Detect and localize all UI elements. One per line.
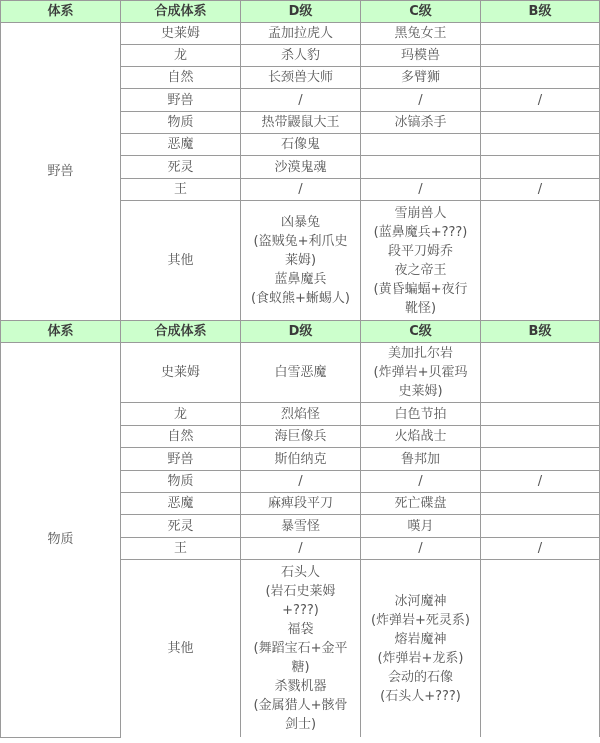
fusion-table: 体系合成体系D级C级B级野兽史莱姆孟加拉虎人黑兔女王龙杀人豹玛模兽自然长颈兽大师… xyxy=(0,0,600,738)
c-rank-cell: / xyxy=(361,471,481,493)
b-rank-cell xyxy=(481,156,600,179)
b-rank-cell xyxy=(481,23,600,45)
b-rank-cell xyxy=(481,448,600,471)
monster-name: 玛模兽 xyxy=(363,46,478,65)
monster-name: / xyxy=(243,472,358,491)
monster-name: / xyxy=(363,539,478,558)
d-rank-cell: / xyxy=(241,179,361,201)
b-rank-cell: / xyxy=(481,471,600,493)
c-rank-cell: 鲁邦加 xyxy=(361,448,481,471)
combo-cell: 恶魔 xyxy=(121,134,241,156)
combo-cell: 王 xyxy=(121,179,241,201)
monster-name: 麻痺段平刀 xyxy=(243,494,358,513)
table-row: 野兽史莱姆孟加拉虎人黑兔女王 xyxy=(1,23,600,45)
monster-name: 白色节拍 xyxy=(363,405,478,424)
c-rank-cell: 死亡碟盘 xyxy=(361,493,481,515)
monster-name: / xyxy=(363,472,478,491)
d-rank-cell: / xyxy=(241,538,361,560)
c-rank-cell: 冰镐杀手 xyxy=(361,112,481,134)
monster-name: 孟加拉虎人 xyxy=(243,24,358,43)
monster-name: 长颈兽大师 xyxy=(243,68,358,87)
combo-cell: 龙 xyxy=(121,45,241,67)
c-rank-cell: 玛模兽 xyxy=(361,45,481,67)
c-rank-cell: 白色节拍 xyxy=(361,403,481,426)
monster-name: / xyxy=(243,180,358,199)
header-row: 体系合成体系D级C级B级 xyxy=(1,321,600,343)
monster-name: 烈焰怪 xyxy=(243,405,358,424)
monster-name: / xyxy=(363,91,478,110)
monster-name: 白雪恶魔 xyxy=(243,363,358,382)
c-rank-cell: 多臂狮 xyxy=(361,67,481,89)
combo-cell: 野兽 xyxy=(121,448,241,471)
monster-name: 冰河魔神 xyxy=(363,592,478,611)
d-rank-cell: 暴雪怪 xyxy=(241,515,361,538)
b-rank-cell xyxy=(481,403,600,426)
header-combo: 合成体系 xyxy=(121,1,241,23)
c-rank-cell: 冰河魔神(炸弹岩+死灵系)熔岩魔神(炸弹岩+龙系)会动的石像(石头人+???) xyxy=(361,560,481,738)
combo-cell: 自然 xyxy=(121,426,241,448)
monster-name: / xyxy=(483,91,597,110)
header-system: 体系 xyxy=(1,321,121,343)
monster-name: 杀人豹 xyxy=(243,46,358,65)
monster-name: / xyxy=(243,91,358,110)
monster-name: 剑士) xyxy=(243,715,358,734)
monster-name: / xyxy=(483,539,597,558)
header-system: 体系 xyxy=(1,1,121,23)
monster-name: 冰镐杀手 xyxy=(363,113,478,132)
combo-cell: 史莱姆 xyxy=(121,23,241,45)
d-rank-cell: 长颈兽大师 xyxy=(241,67,361,89)
c-rank-cell: / xyxy=(361,538,481,560)
d-rank-cell: 杀人豹 xyxy=(241,45,361,67)
b-rank-cell xyxy=(481,134,600,156)
combo-cell: 其他 xyxy=(121,201,241,321)
monster-name: (炸弹岩+贝霍玛 xyxy=(363,363,478,382)
monster-name: 靴怪) xyxy=(363,299,478,318)
b-rank-cell xyxy=(481,112,600,134)
monster-name: (食蚁熊+蜥蜴人) xyxy=(243,289,358,308)
monster-name: 嘆月 xyxy=(363,517,478,536)
monster-name: 石像鬼 xyxy=(243,135,358,154)
c-rank-cell: 火焰战士 xyxy=(361,426,481,448)
monster-name: (盗贼兔+利爪史 xyxy=(243,232,358,251)
d-rank-cell: 凶暴兔(盗贼兔+利爪史莱姆)蓝鼻魔兵(食蚁熊+蜥蜴人) xyxy=(241,201,361,321)
c-rank-cell xyxy=(361,134,481,156)
monster-name: (炸弹岩+龙系) xyxy=(363,649,478,668)
c-rank-cell: 美加扎尔岩(炸弹岩+贝霍玛史莱姆) xyxy=(361,343,481,403)
monster-name: 杀戮机器 xyxy=(243,677,358,696)
d-rank-cell: 沙漠鬼魂 xyxy=(241,156,361,179)
monster-name: / xyxy=(483,472,597,491)
fusion-table-body: 体系合成体系D级C级B级野兽史莱姆孟加拉虎人黑兔女王龙杀人豹玛模兽自然长颈兽大师… xyxy=(1,1,600,738)
table-row: 物质史莱姆白雪恶魔美加扎尔岩(炸弹岩+贝霍玛史莱姆) xyxy=(1,343,600,403)
monster-name: (舞蹈宝石+金平 xyxy=(243,639,358,658)
combo-cell: 龙 xyxy=(121,403,241,426)
monster-name: 石头人 xyxy=(243,563,358,582)
monster-name: / xyxy=(363,180,478,199)
d-rank-cell: 麻痺段平刀 xyxy=(241,493,361,515)
monster-name: 福袋 xyxy=(243,620,358,639)
combo-cell: 死灵 xyxy=(121,156,241,179)
combo-cell: 王 xyxy=(121,538,241,560)
monster-name: / xyxy=(483,180,597,199)
monster-name: (岩石史莱姆 xyxy=(243,582,358,601)
b-rank-cell: / xyxy=(481,89,600,112)
d-rank-cell: 烈焰怪 xyxy=(241,403,361,426)
monster-name: 死亡碟盘 xyxy=(363,494,478,513)
d-rank-cell: 斯伯纳克 xyxy=(241,448,361,471)
monster-name: 斯伯纳克 xyxy=(243,450,358,469)
monster-name: 史莱姆) xyxy=(363,382,478,401)
header-combo: 合成体系 xyxy=(121,321,241,343)
monster-name: 多臂狮 xyxy=(363,68,478,87)
c-rank-cell: / xyxy=(361,179,481,201)
monster-name: 暴雪怪 xyxy=(243,517,358,536)
b-rank-cell xyxy=(481,493,600,515)
combo-cell: 物质 xyxy=(121,471,241,493)
b-rank-cell xyxy=(481,560,600,738)
c-rank-cell: / xyxy=(361,89,481,112)
monster-name: (金属猎人+骸骨 xyxy=(243,696,358,715)
b-rank-cell xyxy=(481,45,600,67)
b-rank-cell: / xyxy=(481,179,600,201)
header-c-rank: C级 xyxy=(361,1,481,23)
monster-name: (黄昏蝙蝠+夜行 xyxy=(363,280,478,299)
d-rank-cell: / xyxy=(241,471,361,493)
monster-name: 凶暴兔 xyxy=(243,213,358,232)
d-rank-cell: 石头人(岩石史莱姆+???)福袋(舞蹈宝石+金平糖)杀戮机器(金属猎人+骸骨剑士… xyxy=(241,560,361,738)
b-rank-cell: / xyxy=(481,538,600,560)
header-d-rank: D级 xyxy=(241,1,361,23)
monster-name: 夜之帝王 xyxy=(363,261,478,280)
b-rank-cell xyxy=(481,201,600,321)
monster-name: 海巨像兵 xyxy=(243,427,358,446)
c-rank-cell: 黑兔女王 xyxy=(361,23,481,45)
monster-name: 热带鼹鼠大王 xyxy=(243,113,358,132)
header-d-rank: D级 xyxy=(241,321,361,343)
monster-name: +???) xyxy=(243,601,358,620)
monster-name: 会动的石像 xyxy=(363,668,478,687)
d-rank-cell: 热带鼹鼠大王 xyxy=(241,112,361,134)
c-rank-cell: 嘆月 xyxy=(361,515,481,538)
system-cell: 物质 xyxy=(1,343,121,738)
monster-name: 段平刀姆乔 xyxy=(363,242,478,261)
d-rank-cell: 白雪恶魔 xyxy=(241,343,361,403)
monster-name: (炸弹岩+死灵系) xyxy=(363,611,478,630)
monster-name: 雪崩兽人 xyxy=(363,204,478,223)
monster-name: (石头人+???) xyxy=(363,687,478,706)
b-rank-cell xyxy=(481,343,600,403)
b-rank-cell xyxy=(481,67,600,89)
monster-name: 沙漠鬼魂 xyxy=(243,158,358,177)
monster-name: 熔岩魔神 xyxy=(363,630,478,649)
b-rank-cell xyxy=(481,426,600,448)
monster-name: 黑兔女王 xyxy=(363,24,478,43)
combo-cell: 其他 xyxy=(121,560,241,738)
monster-name: 糖) xyxy=(243,658,358,677)
monster-name: 美加扎尔岩 xyxy=(363,344,478,363)
system-cell: 野兽 xyxy=(1,23,121,321)
header-row: 体系合成体系D级C级B级 xyxy=(1,1,600,23)
c-rank-cell: 雪崩兽人(蓝鼻魔兵+???)段平刀姆乔夜之帝王(黄昏蝙蝠+夜行靴怪) xyxy=(361,201,481,321)
combo-cell: 野兽 xyxy=(121,89,241,112)
monster-name: (蓝鼻魔兵+???) xyxy=(363,223,478,242)
d-rank-cell: 孟加拉虎人 xyxy=(241,23,361,45)
header-c-rank: C级 xyxy=(361,321,481,343)
combo-cell: 死灵 xyxy=(121,515,241,538)
d-rank-cell: 海巨像兵 xyxy=(241,426,361,448)
monster-name: / xyxy=(243,539,358,558)
b-rank-cell xyxy=(481,515,600,538)
monster-name: 莱姆) xyxy=(243,251,358,270)
c-rank-cell xyxy=(361,156,481,179)
d-rank-cell: / xyxy=(241,89,361,112)
header-b-rank: B级 xyxy=(481,1,600,23)
monster-name: 鲁邦加 xyxy=(363,450,478,469)
combo-cell: 恶魔 xyxy=(121,493,241,515)
monster-name: 火焰战士 xyxy=(363,427,478,446)
monster-name: 蓝鼻魔兵 xyxy=(243,270,358,289)
combo-cell: 物质 xyxy=(121,112,241,134)
header-b-rank: B级 xyxy=(481,321,600,343)
combo-cell: 史莱姆 xyxy=(121,343,241,403)
combo-cell: 自然 xyxy=(121,67,241,89)
d-rank-cell: 石像鬼 xyxy=(241,134,361,156)
